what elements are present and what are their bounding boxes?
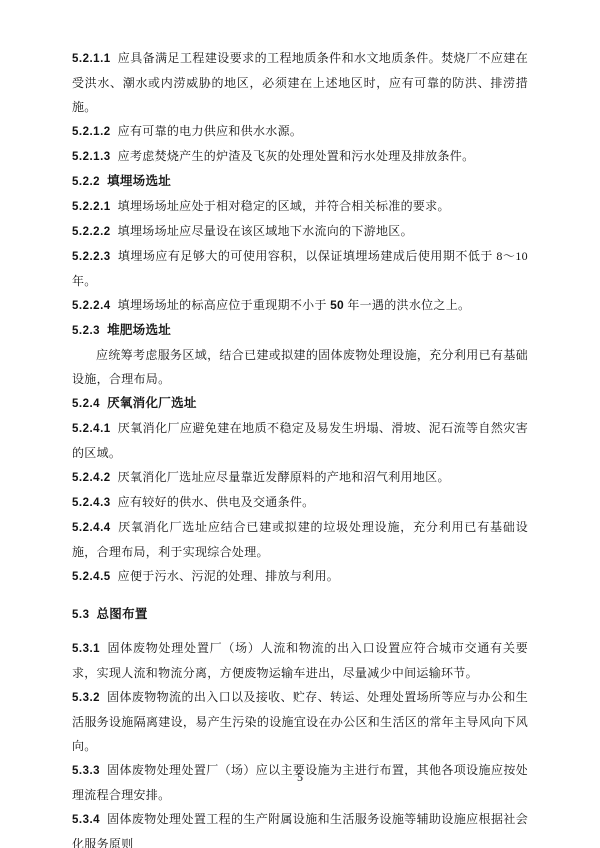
body-text: 填埋场场址的标高应位于重现期不小于 bbox=[118, 298, 330, 312]
heading-text: 总图布置 bbox=[97, 607, 148, 621]
body-text: 应具备满足工程建设要求的工程地质条件和水文地质条件。焚烧厂不应建在受洪水、潮水或… bbox=[72, 51, 528, 114]
clause-number: 5.2.2.1 bbox=[72, 201, 111, 213]
body-text: 应有可靠的电力供应和供水水源。 bbox=[118, 124, 303, 138]
clause-number: 5.2.4.4 bbox=[72, 522, 111, 534]
clause-number: 5.3.2 bbox=[72, 692, 100, 704]
document-page: 5.2.1.1应具备满足工程建设要求的工程地质条件和水文地质条件。焚烧厂不应建在… bbox=[0, 0, 600, 848]
clause-number: 5.2.4.5 bbox=[72, 571, 111, 583]
body-text: 填埋场场址应尽量设在该区域地下水流向的下游地区。 bbox=[118, 224, 413, 238]
body-text: 应统筹考虑服务区域，结合已建或拟建的固体废物处理设施，充分利用已有基础设施，合理… bbox=[72, 348, 528, 386]
body-text: 应便于污水、污泥的处理、排放与利用。 bbox=[118, 569, 339, 583]
body-text: 应有较好的供水、供电及交通条件。 bbox=[118, 495, 315, 509]
body-text: 固体废物物流的出入口以及接收、贮存、转运、处理处置场所等应与办公和生活服务设施隔… bbox=[72, 690, 528, 753]
clause: 5.3.1固体废物处理处置厂（场）人流和物流的出入口设置应符合城市交通有关要求，… bbox=[72, 636, 528, 685]
clause-number: 5.2.1.3 bbox=[72, 151, 111, 163]
section-heading: 5.2.2填埋场选址 bbox=[72, 169, 528, 194]
clause-number: 5.2.2.3 bbox=[72, 251, 111, 263]
heading-text: 堆肥场选址 bbox=[107, 323, 171, 337]
clause-number: 5.2.2.2 bbox=[72, 226, 111, 238]
clause: 5.2.4.3应有较好的供水、供电及交通条件。 bbox=[72, 490, 528, 515]
clause-number: 5.2.4 bbox=[72, 398, 100, 410]
clause: 5.3.4固体废物处理处置工程的生产附属设施和生活服务设施等辅助设施应根据社会化… bbox=[72, 807, 528, 848]
body-text: 厌氧消化厂选址应结合已建或拟建的垃圾处理设施，充分利用已有基础设施，合理布局，利… bbox=[72, 520, 528, 559]
page-footer: 5 bbox=[0, 768, 600, 786]
body-text: 厌氧消化厂应避免建在地质不稳定及易发生坍塌、滑坡、泥石流等自然灾害的区域。 bbox=[72, 421, 528, 460]
clause: 5.2.1.3应考虑焚烧产生的炉渣及飞灰的处理处置和污水处理及排放条件。 bbox=[72, 144, 528, 169]
clause-number: 5.3 bbox=[72, 609, 90, 621]
clause-number: 5.2.1.1 bbox=[72, 53, 111, 65]
clause: 5.2.1.1应具备满足工程建设要求的工程地质条件和水文地质条件。焚烧厂不应建在… bbox=[72, 46, 528, 119]
emphasized-text: 50 bbox=[330, 298, 344, 312]
body-text: 应考虑焚烧产生的炉渣及飞灰的处理处置和污水处理及排放条件。 bbox=[118, 149, 475, 163]
page-number: 5 bbox=[297, 770, 303, 784]
clause: 5.2.4.5应便于污水、污泥的处理、排放与利用。 bbox=[72, 564, 528, 589]
clause-number: 5.2.4.2 bbox=[72, 472, 111, 484]
clause: 5.2.2.2填埋场场址应尽量设在该区域地下水流向的下游地区。 bbox=[72, 219, 528, 244]
clause: 5.2.1.2应有可靠的电力供应和供水水源。 bbox=[72, 119, 528, 144]
body-text: 填埋场场址应处于相对稳定的区域，并符合相关标准的要求。 bbox=[118, 199, 450, 213]
clause-number: 5.2.3 bbox=[72, 325, 100, 337]
heading-text: 填埋场选址 bbox=[107, 174, 171, 188]
clause-number: 5.2.1.2 bbox=[72, 126, 111, 138]
clause: 5.2.4.2厌氧消化厂选址应尽量靠近发酵原料的产地和沼气利用地区。 bbox=[72, 465, 528, 490]
section-heading: 5.2.3堆肥场选址 bbox=[72, 318, 528, 343]
body-text: 年一遇的洪水位之上。 bbox=[344, 298, 470, 312]
paragraph: 应统筹考虑服务区域，结合已建或拟建的固体废物处理设施，充分利用已有基础设施，合理… bbox=[72, 343, 528, 391]
clause: 5.2.2.3填埋场应有足够大的可使用容积，以保证填埋场建成后使用期不低于 8～… bbox=[72, 244, 528, 293]
clause: 5.2.4.1厌氧消化厂应避免建在地质不稳定及易发生坍塌、滑坡、泥石流等自然灾害… bbox=[72, 416, 528, 465]
clause: 5.3.2固体废物物流的出入口以及接收、贮存、转运、处理处置场所等应与办公和生活… bbox=[72, 685, 528, 758]
clause-number: 5.3.4 bbox=[72, 814, 100, 826]
heading-text: 厌氧消化厂选址 bbox=[107, 396, 197, 410]
clause-number: 5.2.4.3 bbox=[72, 497, 111, 509]
clause: 5.2.2.4填埋场场址的标高应位于重现期不小于 50 年一遇的洪水位之上。 bbox=[72, 293, 528, 318]
section-heading: 5.3总图布置 bbox=[72, 602, 528, 627]
section-heading: 5.2.4厌氧消化厂选址 bbox=[72, 391, 528, 416]
document-body: 5.2.1.1应具备满足工程建设要求的工程地质条件和水文地质条件。焚烧厂不应建在… bbox=[72, 46, 528, 848]
clause: 5.2.2.1填埋场场址应处于相对稳定的区域，并符合相关标准的要求。 bbox=[72, 194, 528, 219]
body-text: 厌氧消化厂选址应尽量靠近发酵原料的产地和沼气利用地区。 bbox=[118, 470, 450, 484]
body-text: 填埋场应有足够大的可使用容积，以保证填埋场建成后使用期不低于 8～10 年。 bbox=[72, 249, 528, 288]
clause-number: 5.2.4.1 bbox=[72, 423, 111, 435]
clause-number: 5.2.2.4 bbox=[72, 300, 111, 312]
clause: 5.2.4.4厌氧消化厂选址应结合已建或拟建的垃圾处理设施，充分利用已有基础设施… bbox=[72, 515, 528, 564]
body-text: 固体废物处理处置工程的生产附属设施和生活服务设施等辅助设施应根据社会化服务原则 bbox=[72, 812, 528, 848]
clause-number: 5.3.1 bbox=[72, 643, 100, 655]
body-text: 固体废物处理处置厂（场）人流和物流的出入口设置应符合城市交通有关要求，实现人流和… bbox=[72, 641, 528, 680]
clause-number: 5.2.2 bbox=[72, 176, 100, 188]
